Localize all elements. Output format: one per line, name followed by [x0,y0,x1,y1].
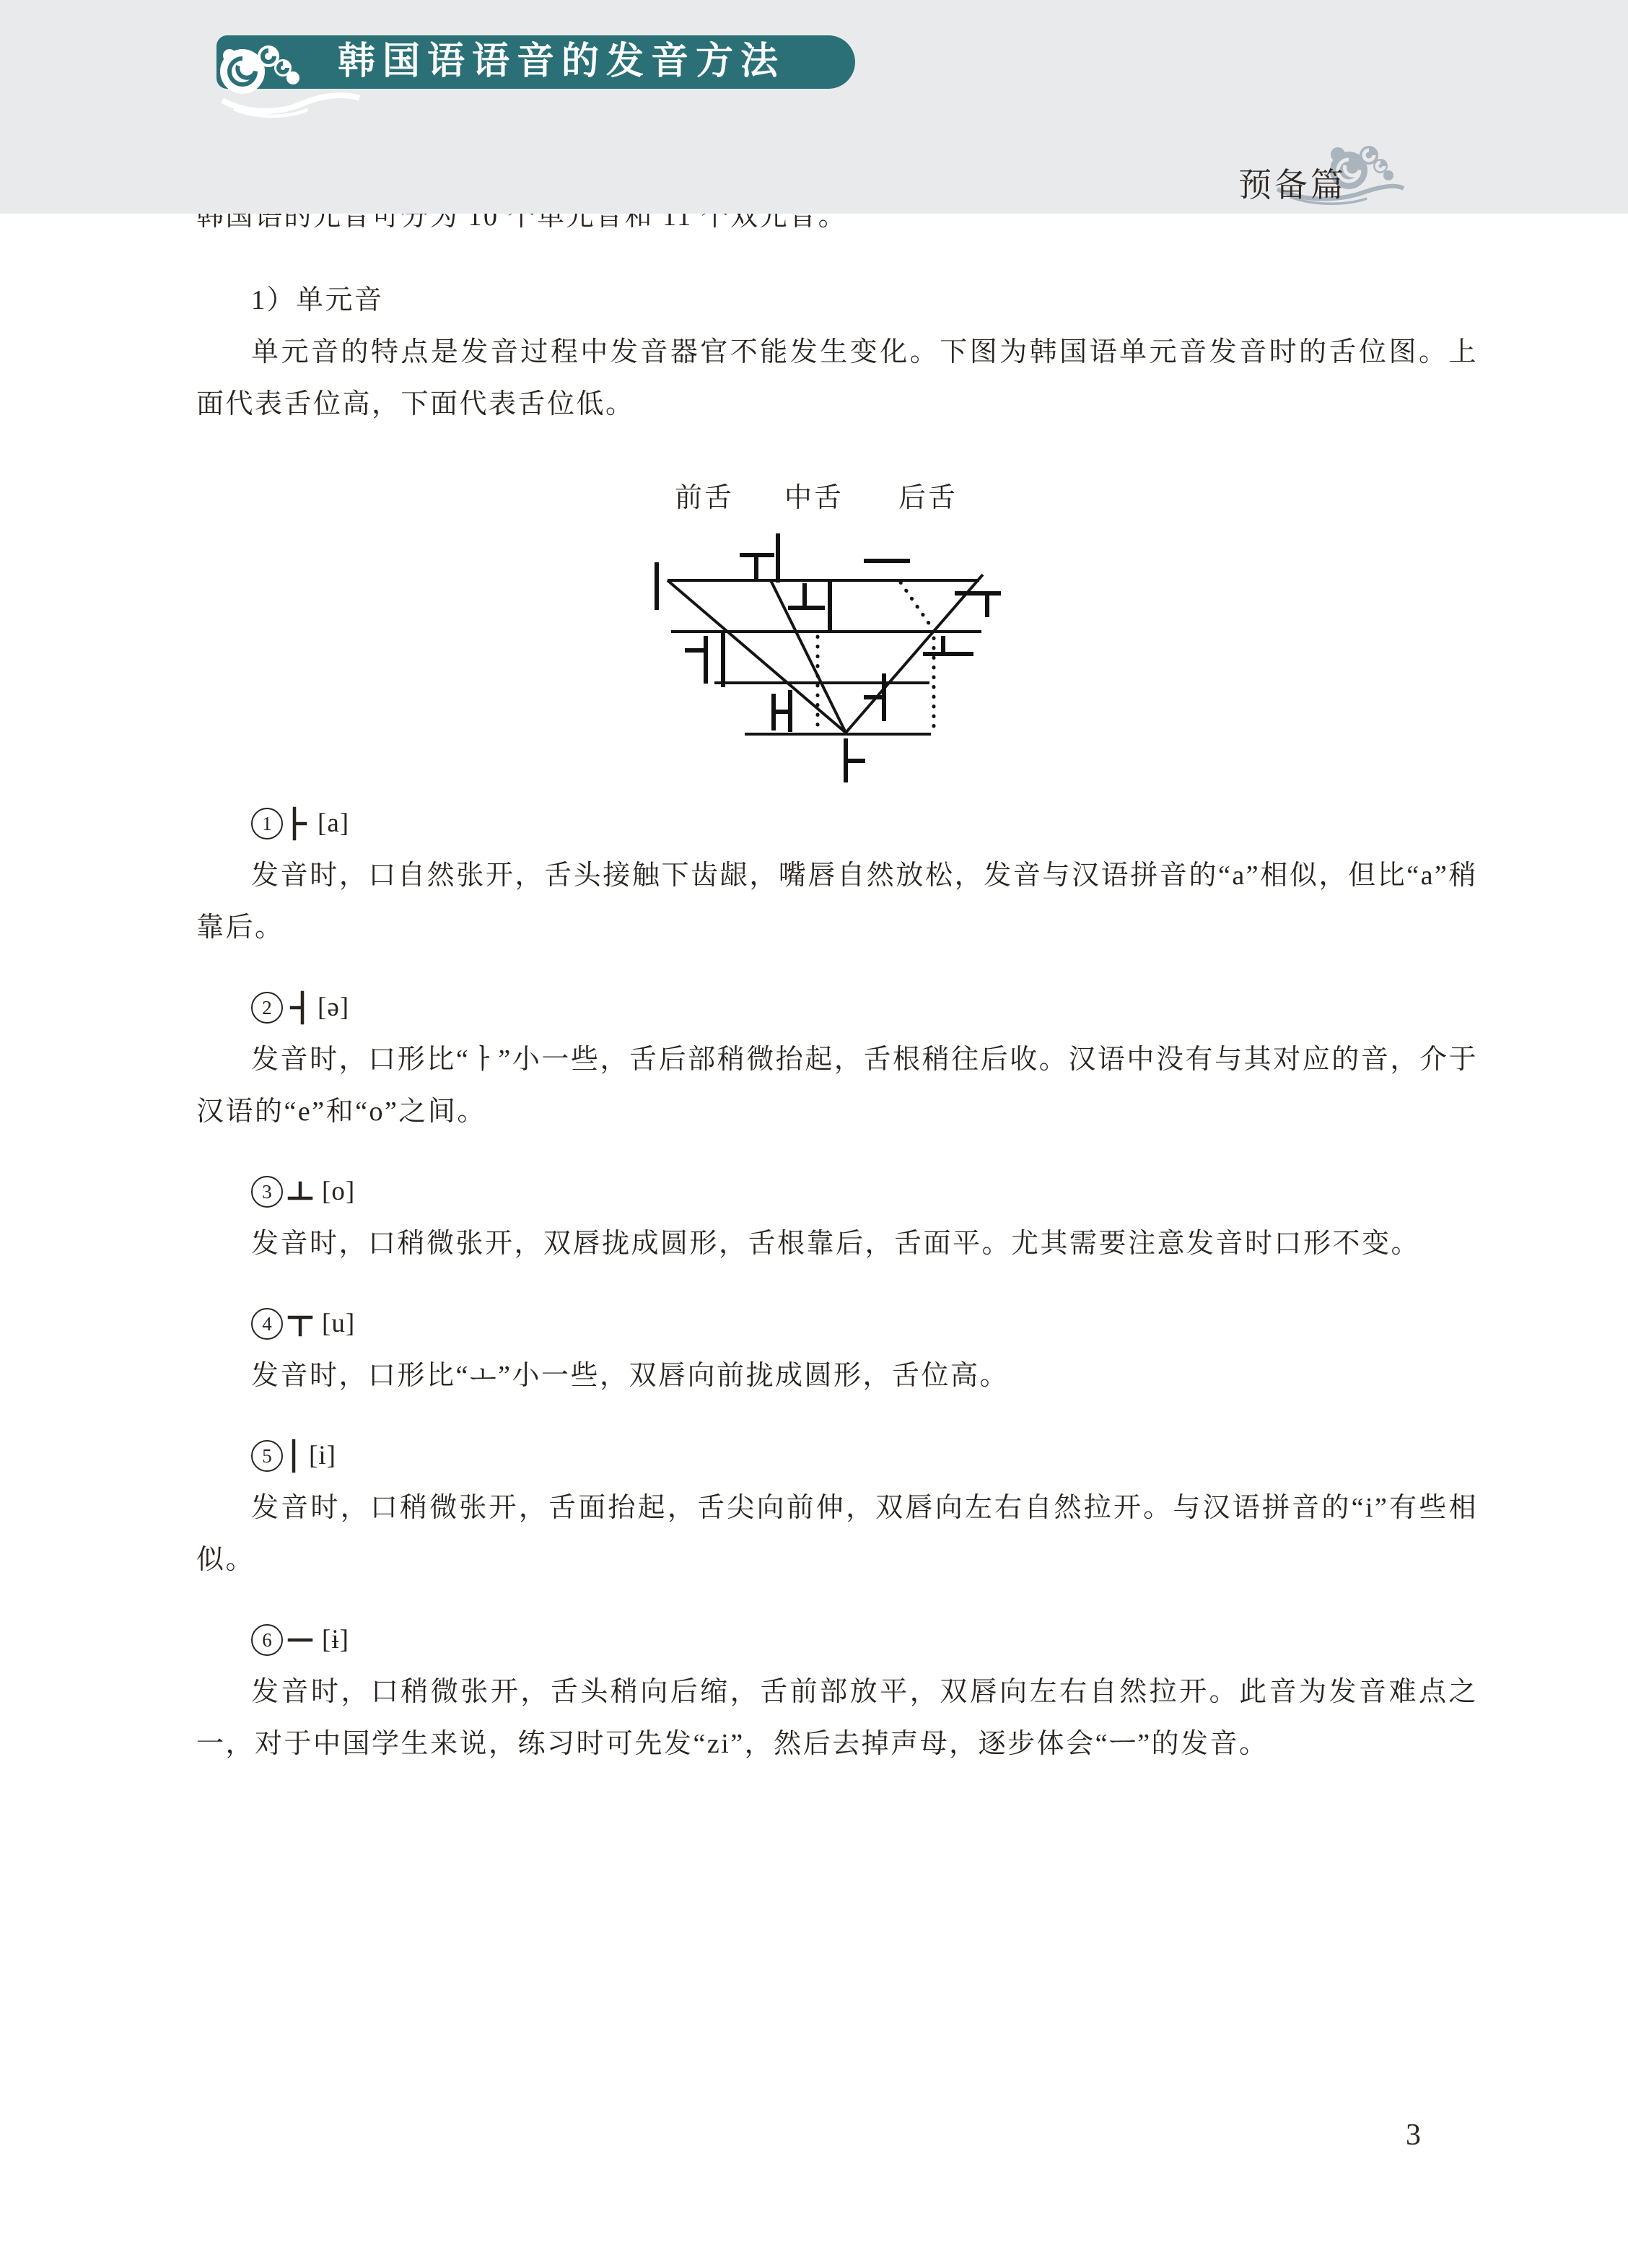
circled-number: 6 [251,1624,283,1656]
ipa-notation: [a] [318,798,349,850]
circled-number: 3 [251,1176,283,1208]
diagram-label-back-tongue: 后舌 [898,475,958,515]
diagram-label-front-tongue: 前舌 [675,475,734,515]
hangul-vowel-o-glyph [287,1174,313,1210]
entry-heading-o: 3 [o] ㅗ [196,1166,1478,1218]
vowel-tongue-position-diagram: 前舌 中舌 后舌 ㅣㅟㅡㅜㅚㅔㅗㅐㅓㅏ [196,430,1478,769]
entry-description: 发音时，口形比“ㅗ”小一些，双唇向前拢成圆形，舌位高。 [196,1350,1478,1402]
page-number: 3 [1406,2118,1421,2153]
subsection-title: 1）单元音 [196,274,1478,326]
entry-description: 发音时，口形比“ㅏ”小一些，舌后部稍微抬起，舌根稍往后收。汉语中没有与其对应的音… [196,1034,1478,1138]
entry-description: 发音时，口稍微张开，舌头稍向后缩，舌前部放平，双唇向左右自然拉开。此音为发音难点… [196,1666,1478,1770]
hangul-vowel-oe-glyph [790,583,830,629]
chapter-title-banner: 韩国语语音的发音方法 [216,35,855,89]
ipa-notation: [ə] [318,982,349,1034]
entry-heading-a: 1 [a] ㅏ [196,798,1478,850]
hangul-vowel-wi-glyph [742,536,778,580]
page-title: 韩国语语音的发音方法 [338,35,785,89]
hangul-vowel-o-glyph [925,638,971,654]
hangul-vowel-e-glyph [687,634,723,685]
hangul-vowel-u-glyph [287,1306,313,1342]
vowel-trapezoid-chart [621,530,1003,782]
entry-heading-i: 5 [i] ㅣ [196,1430,1478,1482]
running-head: 预备篇 [1227,137,1472,209]
entry-heading-eu: 6 [ɨ] ㅡ [196,1614,1478,1666]
circled-number: 4 [251,1308,283,1340]
hangul-vowel-ae-glyph [774,692,790,730]
hangul-vowel-eu-glyph [287,1622,313,1658]
ipa-notation: [o] [322,1166,355,1218]
chart-dotted-diagonal [901,583,933,629]
circled-number: 2 [251,992,283,1024]
entry-description: 发音时，口稍微张开，舌面抬起，舌尖向前伸，双唇向左右自然拉开。与汉语拼音的“i”… [196,1482,1478,1586]
page-content: 所谓元音，是指在发音过程中，气流通过口腔不受阻碍发出的音。根据构成元音音素的数量… [0,139,1628,1770]
entry-heading-eo: 2 [ə] ㅓ [196,982,1478,1034]
entry-description: 发音时，口稍微张开，双唇拢成圆形，舌根靠后，舌面平。尤其需要注意发音时口形不变。 [196,1218,1478,1270]
circled-number: 5 [251,1440,283,1472]
ipa-notation: [u] [322,1298,355,1350]
hangul-vowel-a-glyph [287,806,309,842]
section-label: 预备篇 [1238,159,1347,206]
hangul-vowel-i-glyph [287,1438,300,1474]
textbook-page: 预备篇 韩国语语音的发音方法 所谓元音，是指在发音过程中，气流通过口腔不受阻碍发… [0,0,1628,2268]
ipa-notation: [ɨ] [322,1614,349,1666]
hangul-vowel-a-glyph [846,741,863,781]
entry-heading-u: 4 [u] ㅜ [196,1298,1478,1350]
diagram-label-mid-tongue: 中舌 [784,475,844,515]
hangul-vowel-eo-glyph [287,990,309,1026]
diagram-vowel-list: ㅣㅟㅡㅜㅚㅔㅗㅐㅓㅏ [196,430,197,431]
circled-number: 1 [251,808,283,839]
monophthong-paragraph: 单元音的特点是发音过程中发音器官不能发生变化。下图为韩国语单元音发音时的舌位图。… [196,326,1478,430]
ipa-notation: [i] [309,1430,336,1482]
entry-description: 发音时，口自然张开，舌头接触下齿龈，嘴唇自然放松，发音与汉语拼音的“a”相似，但… [196,850,1478,954]
